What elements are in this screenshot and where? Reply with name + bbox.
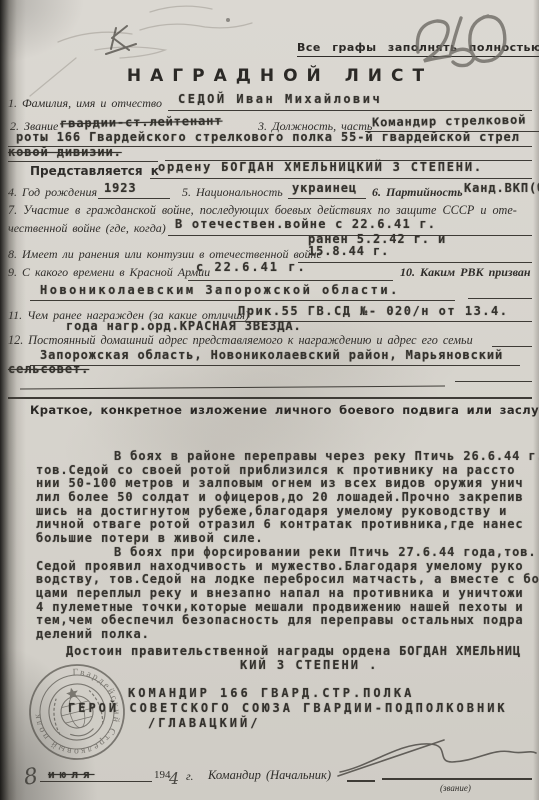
feat-paragraph-1: В боях в районе переправы через реку Пти… (36, 450, 539, 546)
underline (288, 198, 366, 199)
underline (188, 280, 393, 281)
feat-line: лил более 50 солдат и офицеров,до 20 лош… (36, 491, 539, 505)
field4-label: 4. Год рождения (8, 185, 97, 200)
field6-label: 6. Партийность (372, 185, 463, 200)
feat-line: В боях в районе переправы через реку Пти… (36, 450, 539, 464)
award-sheet-scan: Все графы заполнять полностью НАГРАДНОЙ … (0, 0, 539, 800)
footer-rank-note: (звание) (440, 783, 471, 793)
signature-rule (382, 778, 532, 780)
presented-value: ордену БОГДАН ХМЕЛЬНИЦКИЙ 3 СТЕПЕНИ. (158, 160, 483, 174)
signature-rule (347, 780, 375, 782)
feat-paragraph-2: В боях при форсировании реки Птичь 27.6.… (36, 546, 539, 642)
divider-rule (455, 381, 532, 382)
conclusion-line1: Достоин правительственной награды ордена… (66, 644, 521, 658)
field5-label: 5. Национальность (182, 185, 283, 200)
field12-value-part2: сельсовет. (8, 362, 89, 376)
field9-value: с 22.6.41 г. (196, 260, 307, 274)
footer-year-word: г. (186, 769, 194, 784)
field10-value: Новониколаевским Запорожской области. (40, 283, 400, 297)
field7-value: В отечествен.войне с 22.6.41 г. (175, 217, 436, 231)
underline (468, 298, 532, 299)
underline (40, 781, 152, 782)
hand-k-mark (106, 26, 136, 54)
feat-line: делений полка. (36, 628, 539, 642)
field4-value: 1923 (104, 181, 137, 195)
field12-value-part1: Запорожская область, Новониколаевский ра… (40, 348, 503, 362)
field8-value: 15.8.44 г. (308, 244, 389, 258)
field9-label: 9. С какого времени в Красной Армии (8, 265, 210, 280)
divider-rule (20, 386, 445, 390)
footer-month: июля (48, 768, 95, 781)
underline (168, 110, 532, 111)
commander-line1: КОМАНДИР 166 ГВАРД.СТР.ПОЛКА (128, 686, 414, 700)
scan-edge-shadow (533, 0, 539, 800)
underline (298, 262, 532, 263)
field3-value-part3: ковой дивизии. (8, 145, 122, 159)
underline (30, 365, 520, 366)
underline (492, 346, 532, 347)
field11-value-part2: года нагр.орд.КРАСНАЯ ЗВЕЗДА. (66, 319, 302, 333)
field7-label-line2: чественной войне (где, когда) (8, 221, 166, 236)
footer-commander-label: Командир (Начальник) (208, 768, 331, 783)
feat-section-heading: Краткое, конкретное изложение личного бо… (30, 403, 510, 417)
page-title: НАГРАДНОЙ ЛИСТ (80, 66, 480, 86)
presented-label: Представляется к (30, 164, 159, 178)
feat-line: цами переплыл реку и внезапно напал на п… (36, 587, 539, 601)
field5-value: украинец (292, 181, 357, 195)
feat-line: водству, тов.Седой на лодке перебросил м… (36, 573, 539, 587)
field3-value-part1: Командир стрелковой (372, 113, 527, 130)
underline (98, 198, 170, 199)
divider-rule (8, 397, 532, 399)
feat-line: нии 50-100 метров и залповым огнем из вс… (36, 477, 539, 491)
commander-line2: ГЕРОЙ СОВЕТСКОГО СОЮЗА ГВАРДИИ-ПОДПОЛКОВ… (68, 701, 508, 715)
underline (30, 300, 455, 301)
field7-label-line1: 7. Участие в гражданской войне, последую… (8, 203, 517, 218)
underline (8, 161, 158, 162)
field1-value: СЕДОЙ Иван Михайлович (178, 92, 382, 106)
commander-line3: /ГЛАВАЦКИЙ/ (148, 716, 260, 730)
underline (150, 178, 532, 179)
field11-value-part1: Прик.55 ГВ.СД №- 020/н от 13.4. (238, 304, 508, 318)
field3-value-part2: роты 166 Гвардейского стрелкового полка … (16, 130, 520, 144)
field10-label: 10. Каким РВК призван (400, 265, 531, 280)
field1-label: 1. Фамилия, имя и отчество (8, 96, 162, 111)
pencil-dot (226, 18, 230, 22)
field12-label: 12. Постоянный домашний адрес представля… (8, 333, 473, 348)
feat-line: В боях при форсировании реки Птичь 27.6.… (36, 546, 539, 560)
footer-year-prefix: 194 (154, 769, 171, 781)
fill-note: Все графы заполнять полностью (297, 41, 539, 57)
feat-line: большие потери в живой силе. (36, 532, 539, 546)
conclusion-line2: КИЙ 3 СТЕПЕНИ . (240, 658, 378, 672)
feat-line: тов.Седой со своей ротой приблизился к п… (36, 464, 539, 478)
signature (338, 740, 536, 776)
field6-value: Канд.ВКП(б (464, 181, 539, 195)
field2-value: гвардии-ст.лейтенант (60, 114, 223, 131)
